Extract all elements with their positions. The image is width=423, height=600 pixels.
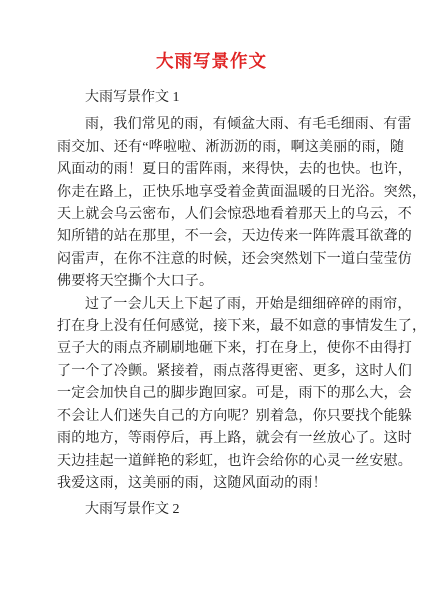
document-body: 大雨写景作文 1雨，我们常见的雨，有倾盆大雨、有毛毛细雨、有雷雨交加、还有“哗啦… bbox=[57, 87, 387, 522]
document-title: 大雨写景作文 bbox=[0, 48, 423, 74]
paragraph-line: 知所错的站在那里，不一会，天边传来一阵阵震耳欲聋的 bbox=[57, 226, 387, 248]
paragraph-line: 豆子大的雨点齐刷刷地砸下来，打在身上，使你不由得打 bbox=[57, 338, 387, 360]
document-page: 大雨写景作文 大雨写景作文 1雨，我们常见的雨，有倾盆大雨、有毛毛细雨、有雷雨交… bbox=[0, 0, 423, 600]
paragraph-line: 打在身上没有任何感觉，接下来，最不如意的事情发生了， bbox=[57, 316, 387, 338]
paragraph-line: 了一个了冷颤。紧接着，雨点落得更密、更多，这时人们 bbox=[57, 361, 387, 383]
section-heading: 大雨写景作文 2 bbox=[57, 499, 387, 521]
paragraph-line: 过了一会儿天上下起了雨，开始是细细碎碎的雨帘， bbox=[57, 294, 387, 316]
paragraph-line: 天上就会乌云密布，人们会惊恐地看着那天上的乌云，不 bbox=[57, 204, 387, 226]
paragraph-line: 雨的地方，等雨停后，再上路，就会有一丝放心了。这时 bbox=[57, 428, 387, 450]
paragraph: 雨，我们常见的雨，有倾盆大雨、有毛毛细雨、有雷雨交加、还有“哗啦啦、淅沥沥的雨，… bbox=[57, 114, 387, 293]
paragraph: 过了一会儿天上下起了雨，开始是细细碎碎的雨帘，打在身上没有任何感觉，接下来，最不… bbox=[57, 294, 387, 496]
paragraph-line: 你走在路上，正快乐地享受着金黄面温暖的日光浴。突然， bbox=[57, 182, 387, 204]
paragraph-line: 不会让人们迷失自己的方向呢？别着急，你只要找个能躲 bbox=[57, 406, 387, 428]
paragraph-line: 闷雷声，在你不注意的时候，还会突然划下一道白莹莹仿 bbox=[57, 249, 387, 271]
paragraph-line: 雨，我们常见的雨，有倾盆大雨、有毛毛细雨、有雷 bbox=[57, 114, 387, 136]
paragraph-line: 风面动的雨！夏日的雷阵雨，来得快，去的也快。也许， bbox=[57, 159, 387, 181]
paragraph-line: 雨交加、还有“哗啦啦、淅沥沥的雨，啊这美丽的雨，随 bbox=[57, 137, 387, 159]
paragraph-line: 我爱这雨，这美丽的雨，这随风面动的雨！ bbox=[57, 473, 387, 495]
paragraph-line: 佛要将天空撕个大口子。 bbox=[57, 271, 387, 293]
section-heading: 大雨写景作文 1 bbox=[57, 87, 387, 109]
paragraph-line: 一定会加快自己的脚步跑回家。可是，雨下的那么大，会 bbox=[57, 383, 387, 405]
paragraph-line: 天边挂起一道鲜艳的彩虹，也许会给你的心灵一丝安慰。 bbox=[57, 451, 387, 473]
